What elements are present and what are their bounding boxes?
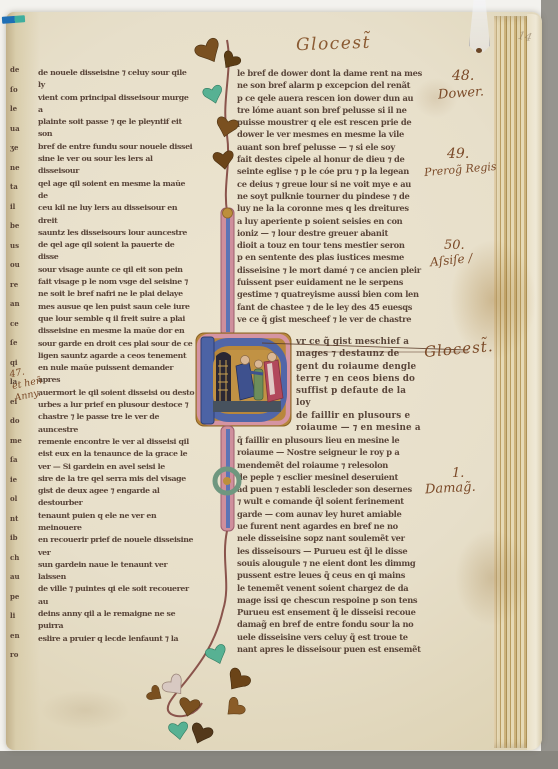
fore-edge-outer-leaf — [527, 14, 542, 750]
text-column-right-top: le bref de dower dont la dame rent na me… — [237, 67, 422, 327]
backdrop-right — [541, 0, 558, 769]
margin-note-48-number: 48. — [452, 68, 474, 84]
margin-note-49-number: 49. — [447, 146, 469, 162]
backdrop-bottom — [0, 751, 558, 769]
margin-note-50-number: 50. — [444, 238, 465, 253]
running-header: Glocest̃ — [296, 33, 372, 56]
page-weight-strip — [469, 0, 490, 52]
text-column-right-bottom: q̃ faillir en plusours lieu en mesine le… — [237, 434, 422, 656]
ink-spot — [476, 48, 482, 53]
folio-number-pencil: 14 — [517, 29, 533, 45]
text-column-right-beside-initial: vr ce q̃ gist meschief a mages ⁊ destaun… — [296, 336, 422, 435]
margin-note-1-number: 1. — [452, 466, 464, 481]
gutter-text-fragments: de ſo le ua ʒe ne ta il be us ou re an c… — [10, 60, 28, 660]
margin-note-dower: Dower. — [438, 84, 485, 102]
text-column-left: de nouele disseisine ⁊ celuy sour qile l… — [38, 67, 195, 647]
margin-note-damage: Damag̃. — [425, 480, 476, 498]
manuscript-photo: de ſo le ua ʒe ne ta il be us ou re an c… — [0, 0, 558, 769]
